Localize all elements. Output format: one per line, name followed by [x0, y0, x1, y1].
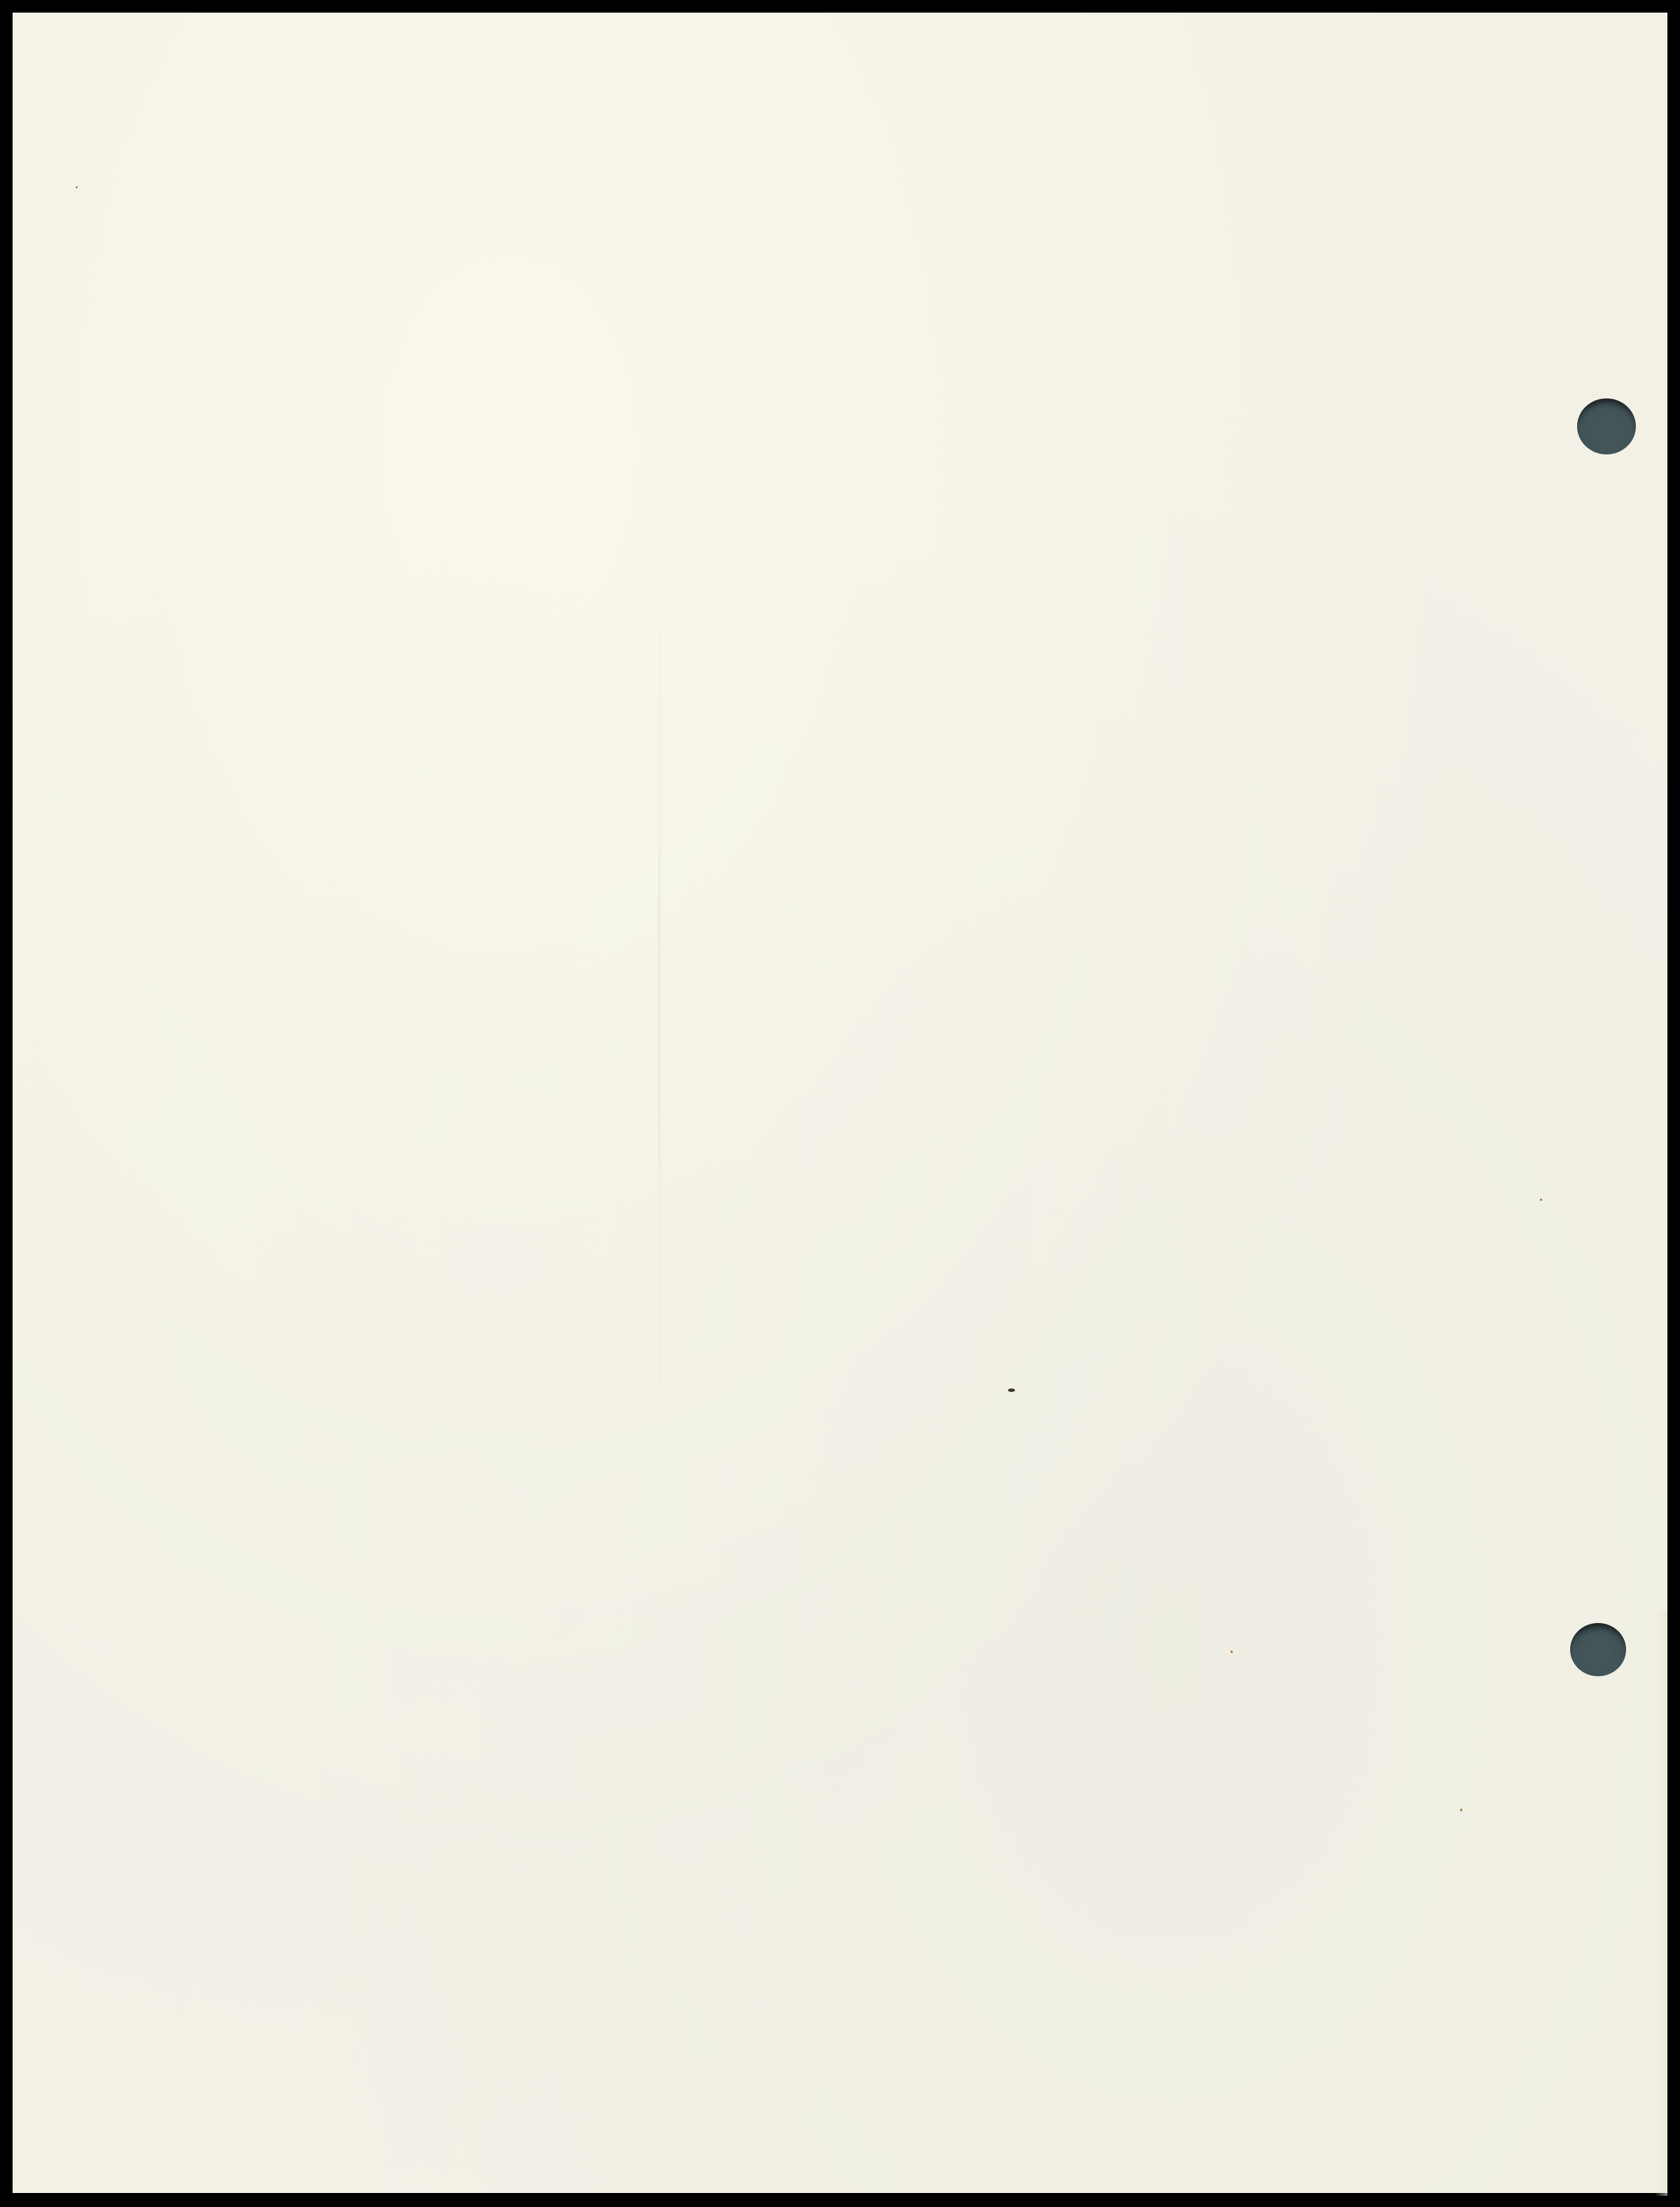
lower-right-speck: [1460, 1809, 1462, 1811]
bottom-punch-hole: [1570, 1623, 1626, 1676]
lower-mid-speck: [1231, 1650, 1233, 1653]
page-edge-shadow: [1655, 1610, 1667, 2196]
center-speck: [1008, 1388, 1015, 1392]
right-mid-speck: [1540, 1199, 1542, 1201]
scan-frame: [0, 0, 1680, 2207]
top-punch-hole: [1577, 398, 1636, 454]
paper-crease: [658, 560, 661, 1470]
upper-left-speck: [76, 186, 78, 188]
blank-paper-page: [13, 13, 1667, 2193]
